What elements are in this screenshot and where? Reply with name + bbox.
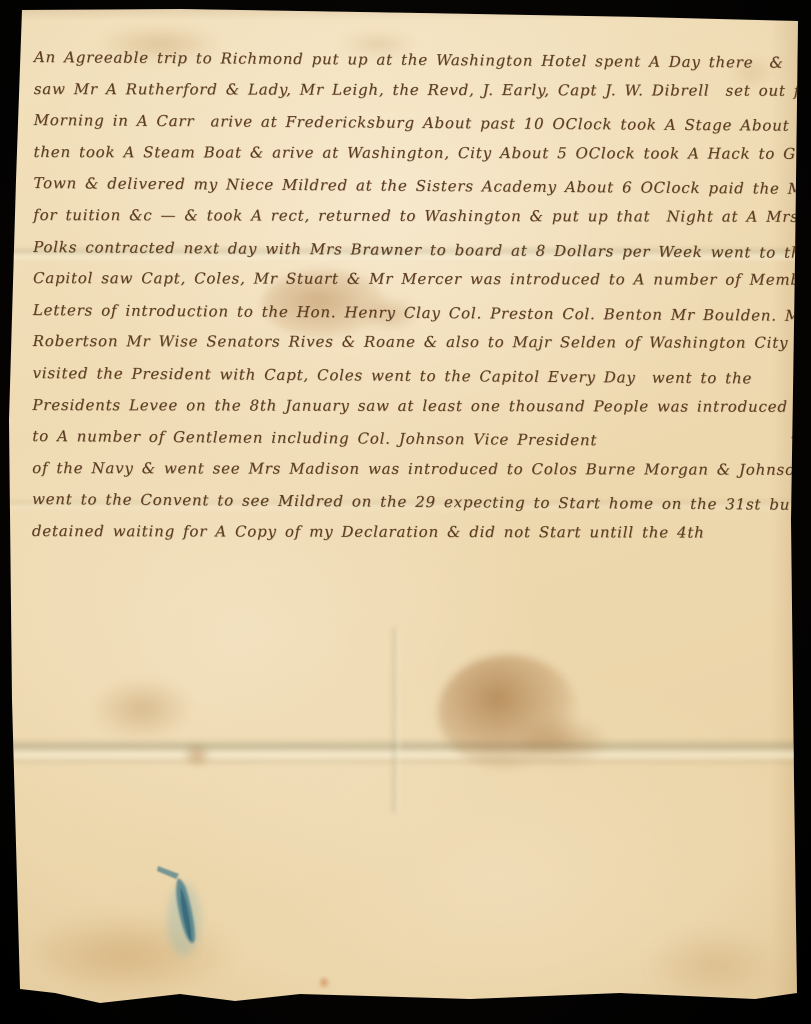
manuscript-line: saw Mr A Rutherford & Lady, Mr Leigh, th… [34,74,793,107]
stain [520,718,610,766]
manuscript-line: detained waiting for A Copy of my Declar… [32,516,791,549]
scan-background: An Agreeable trip to Richmond put up at … [0,0,811,1024]
manuscript-line: Presidents Levee on the 8th January saw … [32,390,791,423]
stain [318,976,330,989]
stain [92,678,192,740]
fold-crease [0,738,811,766]
manuscript-line: of the Navy & went see Mrs Madison was i… [32,453,791,486]
fold-crease-vertical [390,628,402,813]
stain [182,742,212,768]
stain [648,930,778,1000]
manuscript-line: Capitol saw Capt, Coles, Mr Stuart & Mr … [33,263,792,296]
manuscript-line: Robertson Mr Wise Senators Rives & Roane… [33,326,792,359]
manuscript-paper: An Agreeable trip to Richmond put up at … [0,0,811,1024]
manuscript-text: An Agreeable trip to Richmond put up at … [32,42,793,551]
manuscript-line: for tuition &c — & took A rect, returned… [33,200,792,233]
blue-ink-smudge [148,858,228,968]
manuscript-line: then took A Steam Boat & arive at Washin… [33,137,792,170]
